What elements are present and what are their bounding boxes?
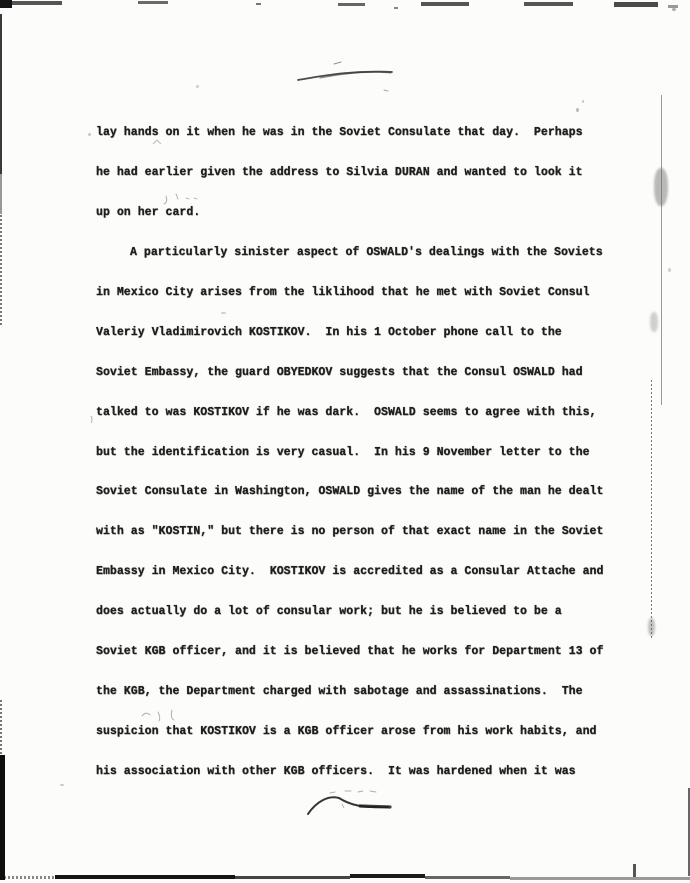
text-line: suspicion that KOSTIKOV is a KGB officer… (96, 712, 656, 752)
text-line: his association with other KGB officers.… (96, 752, 656, 792)
text-line: Soviet KGB officer, and it is believed t… (96, 632, 656, 672)
text-line: does actually do a lot of consular work;… (96, 592, 656, 632)
text-line: Soviet Consulate in Washington, OSWALD g… (96, 472, 656, 512)
pencil-tick-below-talked (91, 416, 92, 423)
text-line-paragraph-start: A particularly sinister aspect of OSWALD… (96, 233, 656, 273)
document-page: lay hands on it when he was in the Sovie… (0, 0, 690, 883)
text-line: talked to was KOSTIKOV if he was dark. O… (96, 393, 656, 433)
text-line: with as "KOSTIN," but there is no person… (96, 512, 656, 552)
text-line: the KGB, the Department charged with sab… (96, 672, 656, 712)
typed-text-block: lay hands on it when he was in the Sovie… (96, 113, 656, 792)
text-line: in Mexico City arises from the liklihood… (96, 273, 656, 313)
text-line: he had earlier given the address to Silv… (96, 153, 656, 193)
text-line: lay hands on it when he was in the Sovie… (96, 113, 656, 153)
text-line: but the identification is very casual. I… (96, 433, 656, 473)
text-line: Soviet Embassy, the guard OBYEDKOV sugge… (96, 353, 656, 393)
pen-stroke-top (298, 62, 392, 91)
text-line: Valeriy Vladimirovich KOSTIKOV. In his 1… (96, 313, 656, 353)
text-line: up on her card. (96, 193, 656, 233)
pen-swoosh-bottom (308, 791, 390, 814)
text-line: Embassy in Mexico City. KOSTIKOV is accr… (96, 552, 656, 592)
